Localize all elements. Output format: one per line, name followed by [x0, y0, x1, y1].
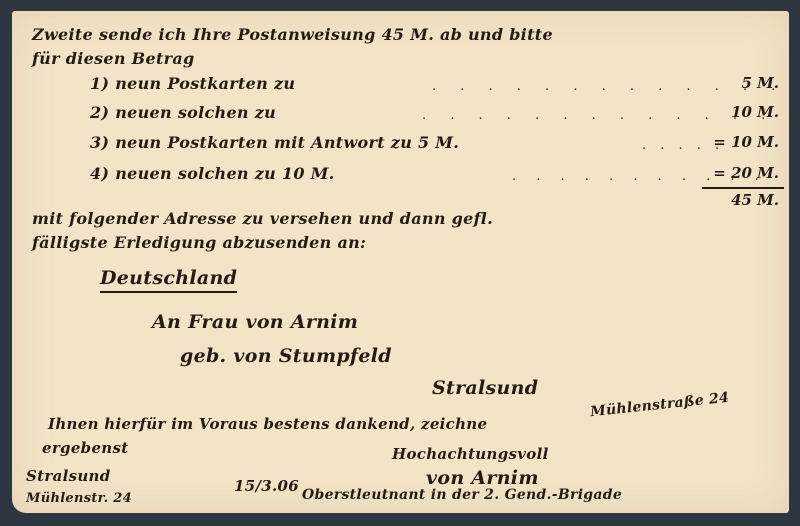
address-street: Mühlenstraße 24	[590, 390, 730, 420]
item-text: neuen solchen zu 10 M.	[115, 164, 334, 183]
item-amount: = 10 M.	[713, 133, 779, 151]
sender-street: Mühlenstr. 24	[26, 491, 132, 506]
sum-rule	[702, 187, 784, 189]
item-amount: 5 M.	[742, 74, 780, 92]
closing-line-1: Ihnen hierfür im Voraus bestens dankend,…	[48, 415, 487, 433]
item-1: 1) neun Postkarten zu	[90, 74, 295, 93]
item-number: 3)	[90, 133, 109, 152]
item-amount: = 20 M.	[713, 164, 779, 182]
date: 15/3.06	[234, 477, 299, 495]
address-city: Stralsund	[432, 377, 538, 399]
address-born: geb. von Stumpfeld	[180, 345, 392, 367]
total-amount: 45 M.	[731, 191, 779, 209]
item-number: 2)	[90, 103, 109, 122]
closing-regards: Hochachtungsvoll	[392, 445, 549, 463]
item-text: neuen solchen zu	[115, 103, 276, 122]
item-text: neun Postkarten mit Antwort zu 5 M.	[115, 133, 459, 152]
body-line-1: mit folgender Adresse zu versehen und da…	[32, 209, 493, 228]
intro-line-2: für diesen Betrag	[32, 49, 195, 68]
item-amount: 10 M.	[731, 103, 779, 121]
item-4: 4) neuen solchen zu 10 M.	[90, 164, 335, 183]
item-3: 3) neun Postkarten mit Antwort zu 5 M.	[90, 133, 459, 152]
postcard: Zweite sende ich Ihre Postanweisung 45 M…	[12, 11, 789, 513]
sender-title: Oberstleutnant in der 2. Gend.-Brigade	[302, 487, 622, 503]
item-2: 2) neuen solchen zu	[90, 103, 276, 122]
body-line-2: fälligste Erledigung abzusenden an:	[32, 233, 366, 252]
intro-line-1: Zweite sende ich Ihre Postanweisung 45 M…	[32, 25, 553, 44]
leader-dots: . . . . .	[642, 138, 724, 153]
signature: von Arnim	[426, 467, 539, 489]
item-number: 4)	[90, 164, 109, 183]
sender-city: Stralsund	[26, 467, 111, 485]
address-name: An Frau von Arnim	[152, 311, 358, 333]
closing-line-2: ergebenst	[42, 439, 129, 457]
item-text: neun Postkarten zu	[115, 74, 295, 93]
item-number: 1)	[90, 74, 109, 93]
address-country: Deutschland	[100, 267, 237, 289]
